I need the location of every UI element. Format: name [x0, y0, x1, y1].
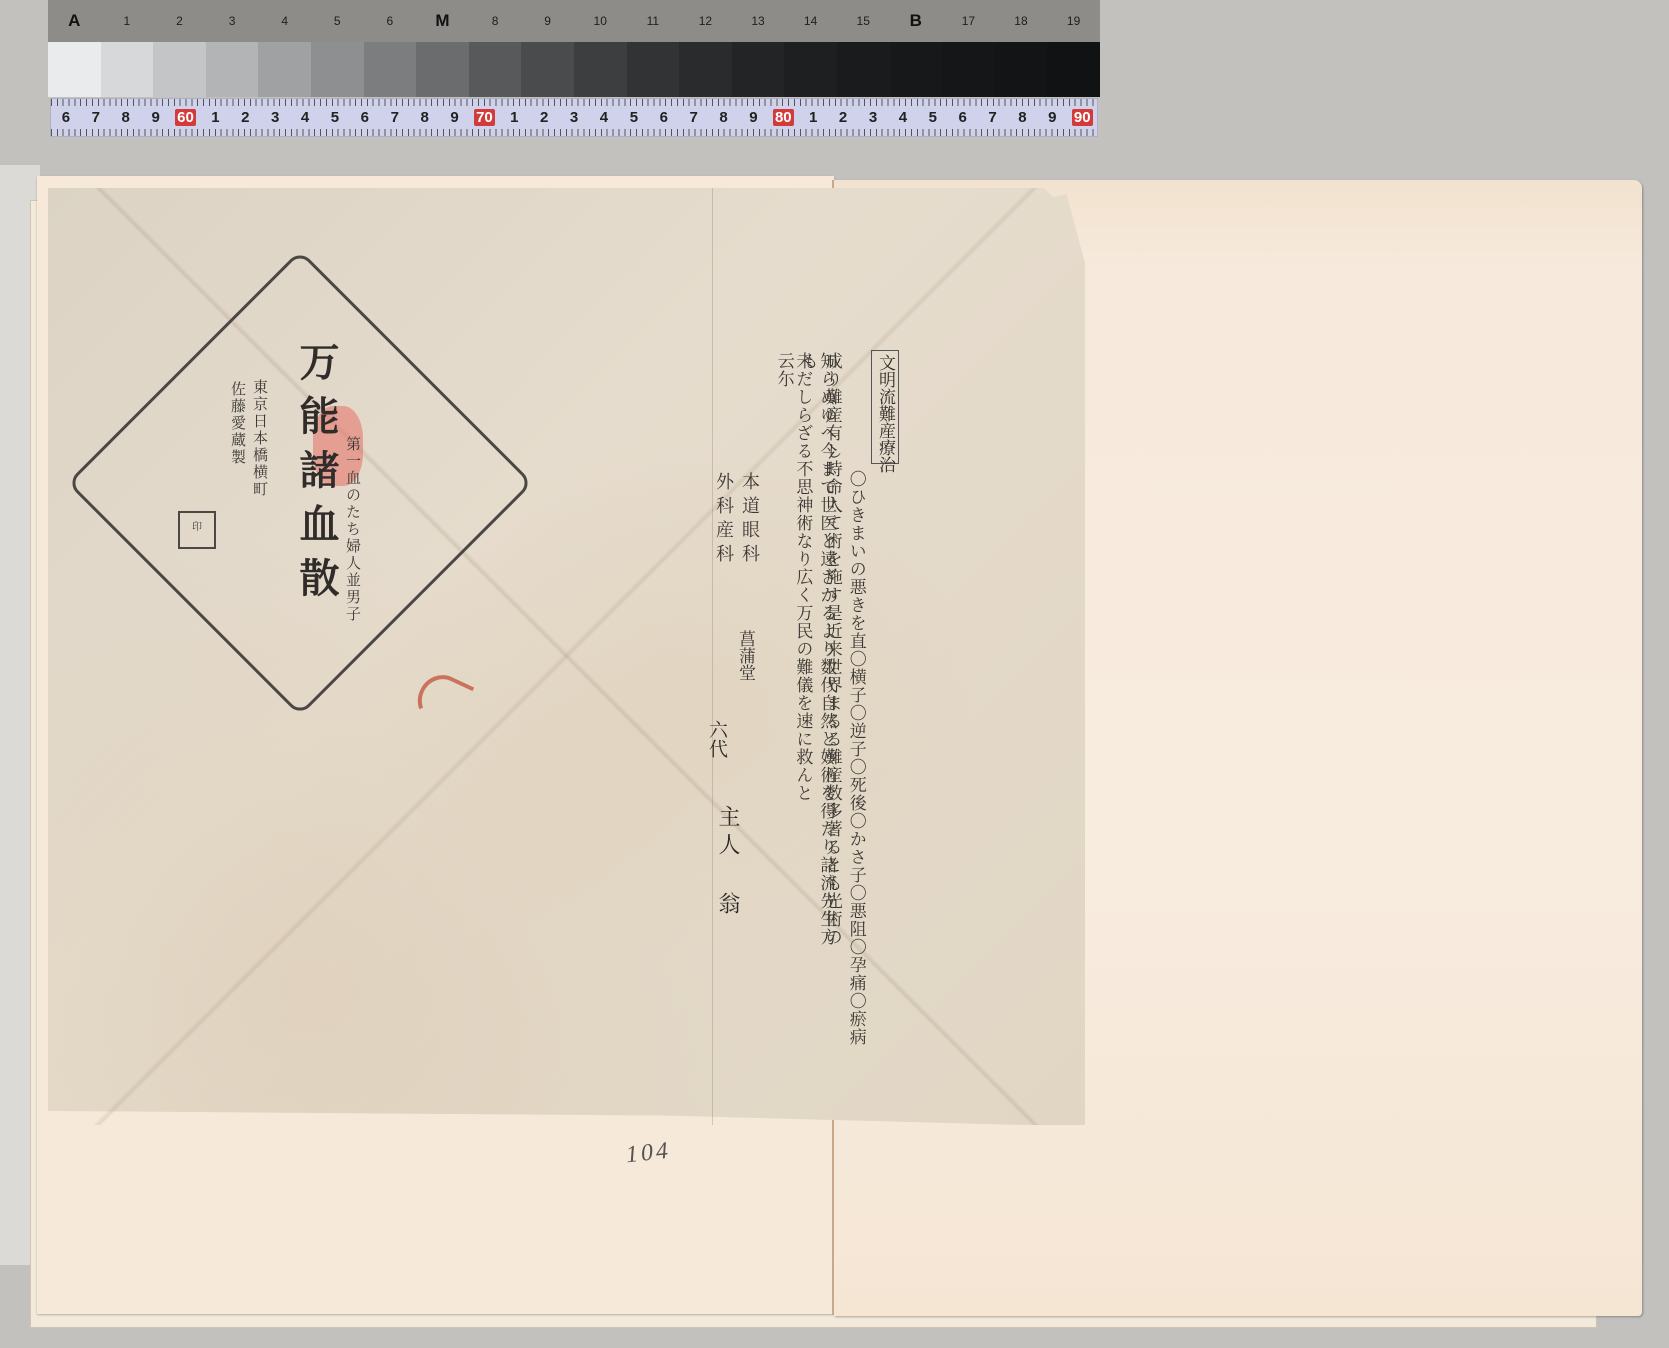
shop-name: 菖蒲堂: [733, 630, 758, 681]
ruler-number: 8: [111, 109, 141, 126]
calibration-label: 14: [784, 0, 837, 42]
gray-patch: [1047, 42, 1100, 97]
calibration-label: 19: [1047, 0, 1100, 42]
gray-patch: [416, 42, 469, 97]
ruler-number: 9: [141, 109, 171, 126]
calibration-label: 4: [258, 0, 311, 42]
ruler-number: 8: [1008, 109, 1038, 126]
advertisement-body-column: 未だしらざる不思神術なり広く万民の難儀を速に救んと云尓: [774, 352, 811, 812]
gray-patch: [627, 42, 680, 97]
calibration-label: B: [890, 0, 943, 42]
ruler-number: 7: [978, 109, 1008, 126]
ruler-number: 90: [1067, 109, 1097, 126]
grayscale-patches: [48, 42, 1100, 97]
calibration-label: 11: [627, 0, 680, 42]
ruler-number: 9: [440, 109, 470, 126]
ruler-number: 3: [858, 109, 888, 126]
ruler-number: 6: [51, 109, 81, 126]
ruler-number: 5: [918, 109, 948, 126]
gray-patch: [521, 42, 574, 97]
calibration-label: 10: [574, 0, 627, 42]
gray-patch: [153, 42, 206, 97]
calibration-label-band: A123456M89101112131415B171819: [48, 0, 1100, 42]
calibration-label: 1: [101, 0, 154, 42]
ruler-number: 6: [948, 109, 978, 126]
generation: 六代: [704, 720, 731, 758]
master-signature: 主人 翁: [712, 805, 743, 920]
calibration-label: 15: [837, 0, 890, 42]
gray-patch: [311, 42, 364, 97]
advertisement-body-column: 〇ひきまいの悪きを直〇横子〇逆子〇死後〇かさ子〇悪阻〇孕痛〇瘀病: [846, 470, 865, 1070]
ruler-number: 6: [350, 109, 380, 126]
ruler-number: 4: [589, 109, 619, 126]
ruler-number: 60: [171, 109, 201, 126]
ruler-number: 4: [290, 109, 320, 126]
ruler-number: 7: [380, 109, 410, 126]
calibration-label: A: [48, 0, 101, 42]
seal-maker-address: 東京日本橋横町: [250, 379, 271, 498]
ruler-number: 1: [200, 109, 230, 126]
calibration-label: 9: [521, 0, 574, 42]
ruler-number: 7: [81, 109, 111, 126]
ruler-number: 5: [619, 109, 649, 126]
ruler-number: 2: [230, 109, 260, 126]
seal-maker-name: 佐藤愛蔵製: [228, 381, 249, 466]
ruler-number: 3: [260, 109, 290, 126]
seal-subtitle: 第一血のたち婦人並男子: [343, 436, 364, 623]
ruler-number: 3: [559, 109, 589, 126]
ruler-number: 9: [1037, 109, 1067, 126]
gray-patch: [679, 42, 732, 97]
ruler-number: 8: [410, 109, 440, 126]
ruler-number: 80: [768, 109, 798, 126]
gray-patch: [995, 42, 1048, 97]
ruler-number: 2: [828, 109, 858, 126]
calibration-label: 8: [469, 0, 522, 42]
ruler-number: 2: [529, 109, 559, 126]
gray-patch: [942, 42, 995, 97]
gray-patch: [784, 42, 837, 97]
ruler-number: 1: [499, 109, 529, 126]
calibration-label: 18: [995, 0, 1048, 42]
calibration-label: 5: [311, 0, 364, 42]
ruler-ticks: [51, 129, 1097, 136]
ruler-number: 4: [888, 109, 918, 126]
ruler-number: 70: [469, 109, 499, 126]
ruler-number: 9: [738, 109, 768, 126]
ruler-number: 6: [649, 109, 679, 126]
calibration-label: 13: [732, 0, 785, 42]
ruler-number: 8: [709, 109, 739, 126]
gray-patch: [890, 42, 943, 97]
advertisement-heading: 文明流難産療治: [873, 354, 898, 473]
gray-patch: [469, 42, 522, 97]
ruler-number: 7: [679, 109, 709, 126]
gray-patch: [101, 42, 154, 97]
panel-edge: [712, 188, 713, 1125]
calibration-label: 2: [153, 0, 206, 42]
color-calibration-target: A123456M89101112131415B171819 6789601234…: [48, 0, 1100, 138]
seal-title: 万能諸血散: [288, 341, 345, 611]
gray-patch: [364, 42, 417, 97]
measurement-ruler: 678960123456789701234567898012345678990: [50, 98, 1098, 137]
small-seal-icon: 印: [178, 511, 216, 549]
page-number: 104: [625, 1138, 673, 1170]
department-line-2: 外科産科: [710, 472, 736, 568]
gray-patch: [258, 42, 311, 97]
gray-patch: [206, 42, 259, 97]
gray-patch: [837, 42, 890, 97]
ruler-ticks: [51, 99, 1097, 106]
gray-patch: [732, 42, 785, 97]
calibration-label: 17: [942, 0, 995, 42]
calibration-label: M: [416, 0, 469, 42]
ruler-number: 1: [798, 109, 828, 126]
calibration-label: 12: [679, 0, 732, 42]
calibration-label: 3: [206, 0, 259, 42]
gray-patch: [574, 42, 627, 97]
department-line-1: 本道眼科: [736, 472, 762, 568]
ruler-number: 5: [320, 109, 350, 126]
gray-patch: [48, 42, 101, 97]
calibration-label: 6: [364, 0, 417, 42]
